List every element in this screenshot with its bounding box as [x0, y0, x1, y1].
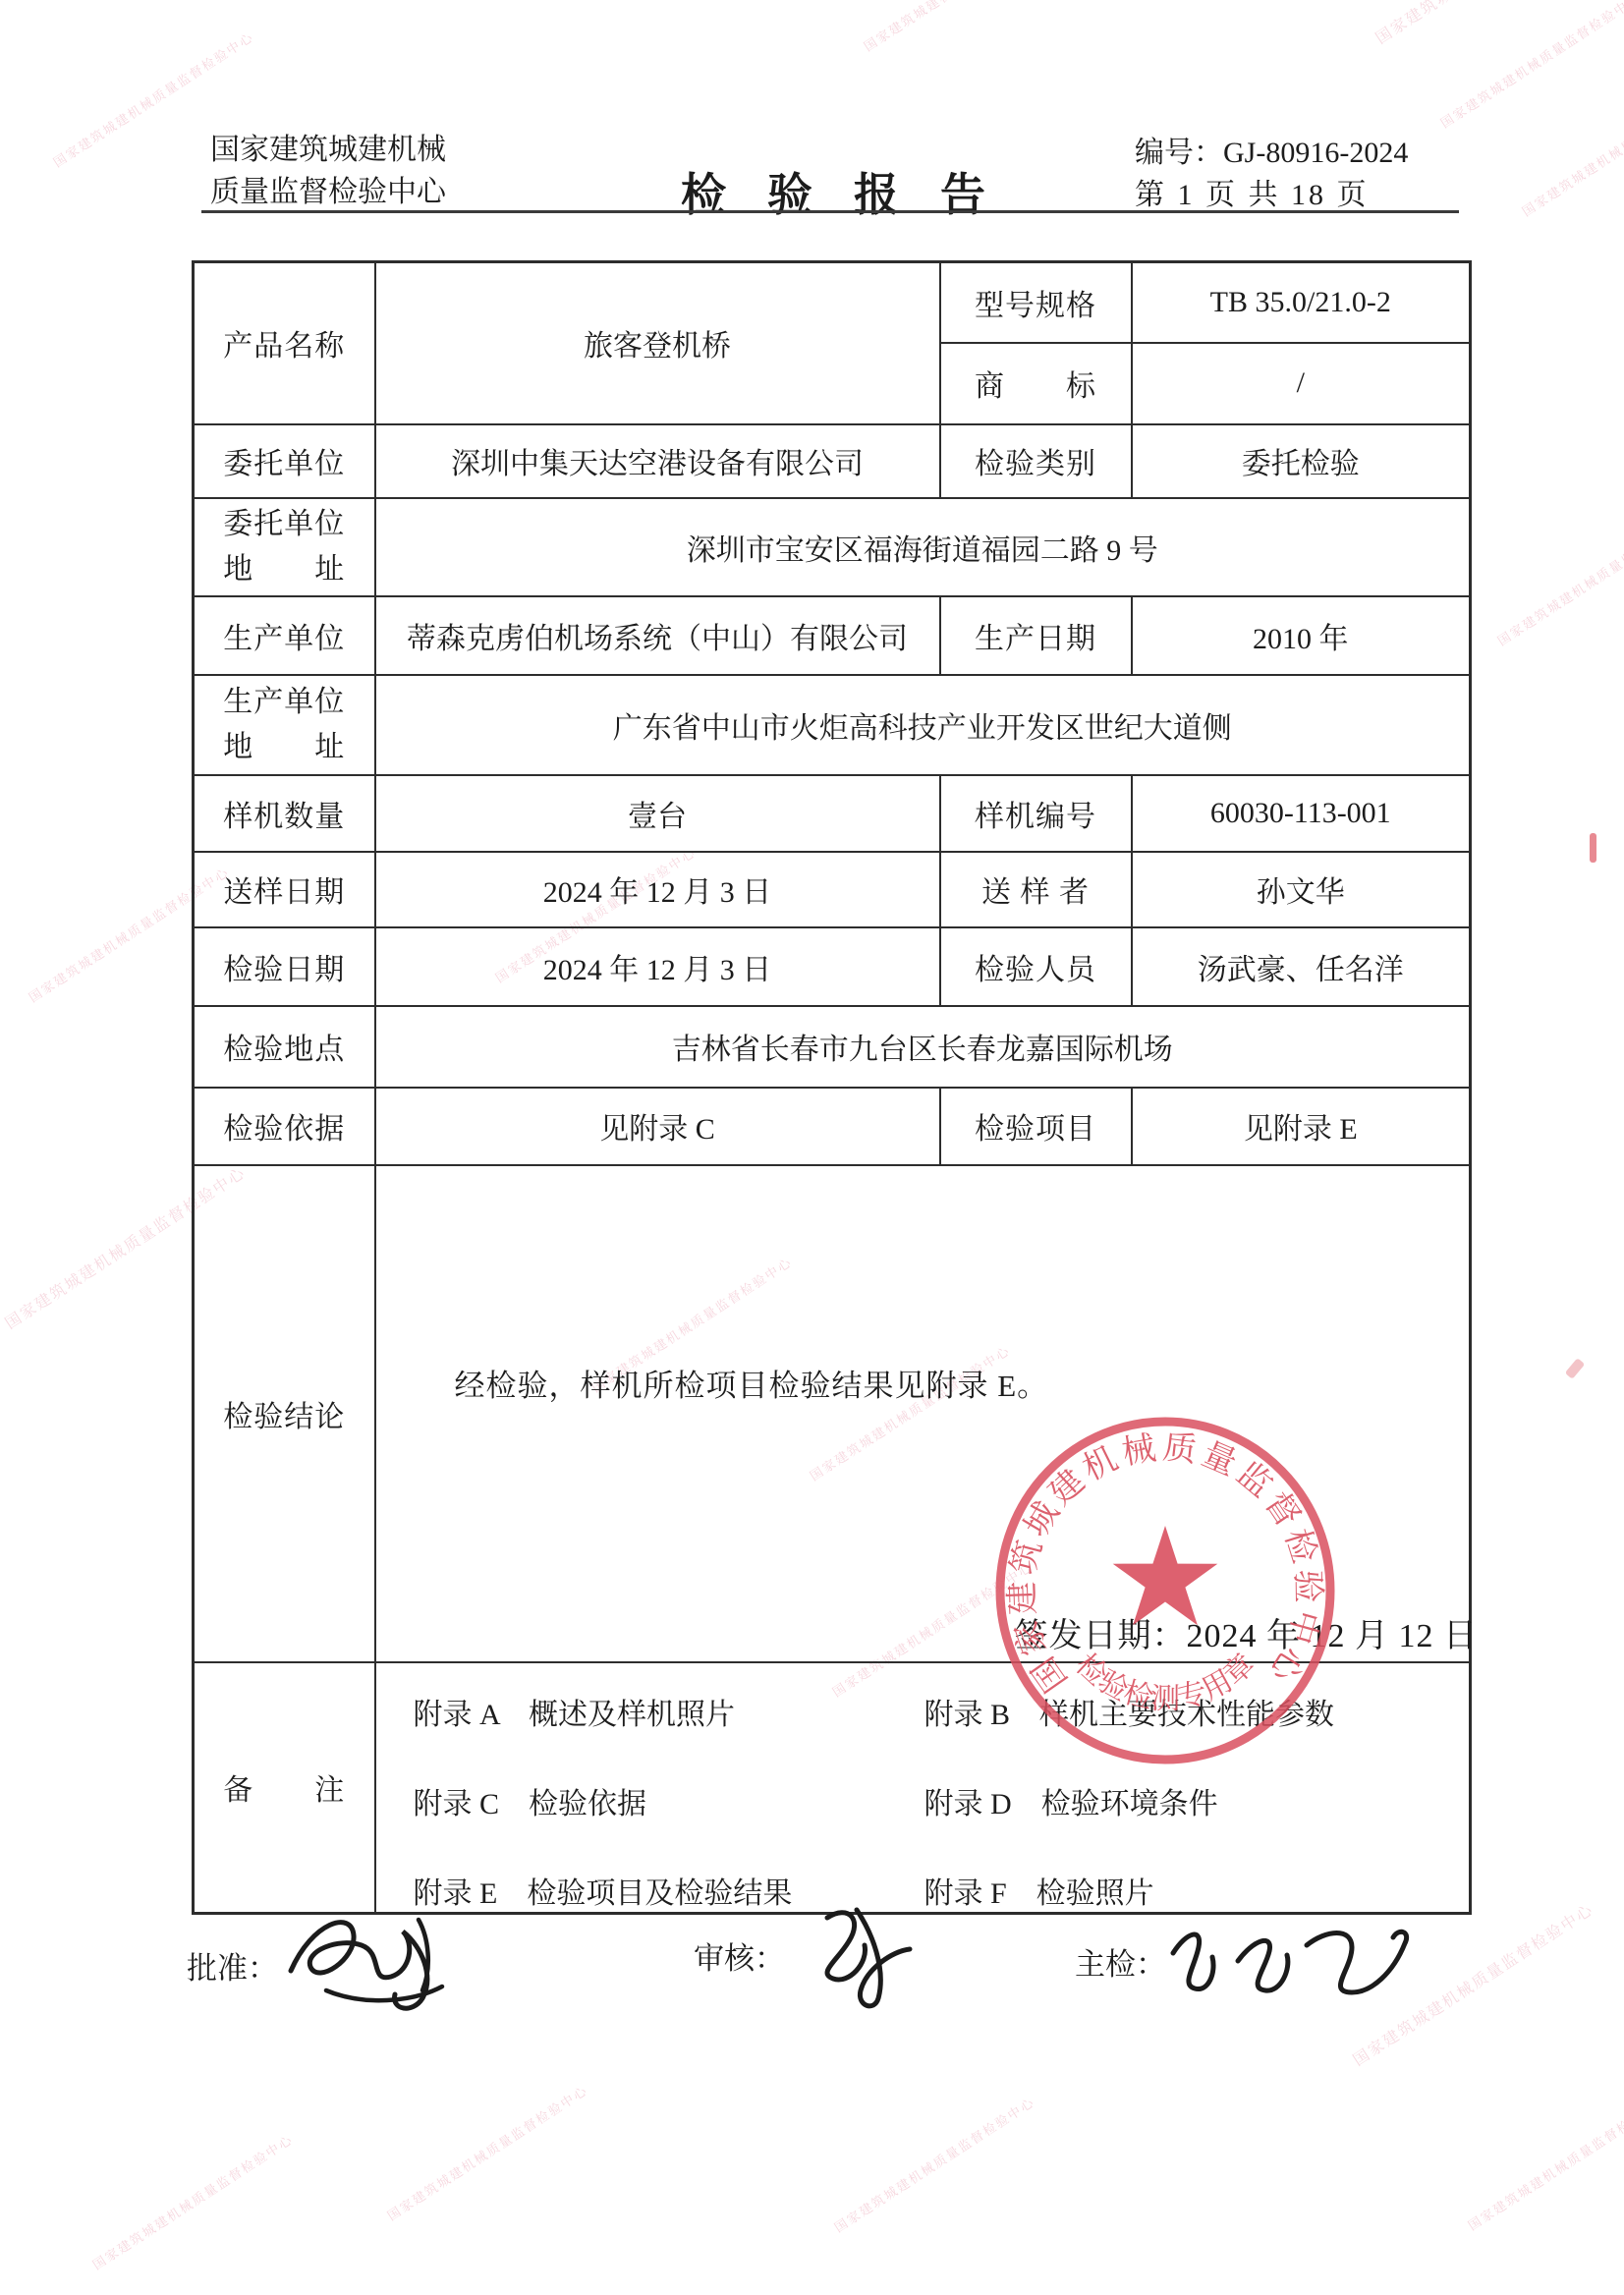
- field-value-sample-quantity: 壹台: [375, 775, 940, 852]
- field-value-inspection-items: 见附录 E: [1132, 1088, 1471, 1165]
- field-label-conclusion: 检验结论: [194, 1165, 375, 1662]
- field-value-inspection-date: 2024 年 12 月 3 日: [375, 927, 940, 1006]
- field-label-remarks: 备 注: [194, 1662, 375, 1914]
- field-value-manufacturer-address: 广东省中山市火炬高科技产业开发区世纪大道侧: [375, 675, 1471, 775]
- scan-artifact-mark: [1590, 833, 1596, 863]
- field-value-trademark: /: [1132, 343, 1471, 424]
- field-label-production-date: 生产日期: [940, 596, 1132, 675]
- appendix-item: 附录 D 检验环境条件: [924, 1779, 1470, 1822]
- watermark: 国家建筑城建机械质量监督检验中心: [88, 2129, 297, 2273]
- field-label-client-address-line2: 地 址: [195, 547, 374, 592]
- page-title: 检验报告: [681, 159, 1027, 224]
- watermark: 国家建筑城建机械质量监督检验中心: [1464, 2090, 1624, 2234]
- field-value-client-address: 深圳市宝安区福海街道福园二路 9 号: [375, 498, 1471, 596]
- org-name-line2: 质量监督检验中心: [210, 167, 446, 210]
- field-value-inspection-location: 吉林省长春市九台区长春龙嘉国际机场: [375, 1006, 1471, 1088]
- table-row: 检验结论 经检验，样机所检项目检验结果见附录 E。 签发日期：2024 年 12…: [194, 1165, 1471, 1662]
- appendix-item: 附录 B 样机主要技术性能参数: [924, 1690, 1470, 1733]
- appendix-item: 附录 C 检验依据: [414, 1779, 924, 1822]
- field-label-manufacturer-address-line1: 生产单位: [195, 680, 374, 725]
- field-value-inspection-basis: 见附录 C: [375, 1088, 940, 1165]
- field-value-inspectors: 汤武豪、任名洋: [1132, 927, 1471, 1006]
- field-label-sample-quantity: 样机数量: [194, 775, 375, 852]
- field-label-manufacturer-address-line2: 地 址: [195, 725, 374, 770]
- report-page: 国家建筑城建机械质量监督检验中心 国家建筑城建机械质量监督检验中心 国家建筑城建…: [0, 0, 1624, 2295]
- org-name-line1: 国家建筑城建机械: [210, 125, 446, 168]
- field-label-inspection-date: 检验日期: [194, 927, 375, 1006]
- table-row: 备 注 附录 A 概述及样机照片 附录 B 样机主要技术性能参数 附录 C 检验…: [194, 1662, 1471, 1914]
- report-number: 编号：GJ-80916-2024: [1135, 128, 1408, 171]
- header-divider: [201, 210, 1459, 213]
- watermark: 国家建筑城建机械质量监督检验中心: [1493, 505, 1624, 649]
- field-label-inspection-basis: 检验依据: [194, 1088, 375, 1165]
- watermark: 国家建筑城建机械质量监督检验中心: [860, 0, 1068, 55]
- remarks-cell: 附录 A 概述及样机照片 附录 B 样机主要技术性能参数 附录 C 检验依据 附…: [375, 1662, 1471, 1914]
- chief-inspector-label: 主检：: [1075, 1939, 1166, 1984]
- watermark: 国家建筑城建机械质量监督检验中心: [1518, 76, 1624, 220]
- report-table: 产品名称 旅客登机桥 型号规格 TB 35.0/21.0-2 商 标 / 委托单…: [192, 260, 1472, 1915]
- field-label-model: 型号规格: [940, 262, 1132, 343]
- table-row: 检验日期 2024 年 12 月 3 日 检验人员 汤武豪、任名洋: [194, 927, 1471, 1006]
- field-value-sample-sender: 孙文华: [1132, 852, 1471, 927]
- watermark: 国家建筑城建机械质量监督检验中心: [1371, 0, 1620, 48]
- field-label-manufacturer: 生产单位: [194, 596, 375, 675]
- field-label-inspection-location: 检验地点: [194, 1006, 375, 1088]
- field-label-inspection-category: 检验类别: [940, 424, 1132, 498]
- field-value-model: TB 35.0/21.0-2: [1132, 262, 1471, 343]
- appendix-item: 附录 A 概述及样机照片: [414, 1690, 924, 1733]
- field-label-sample-no: 样机编号: [940, 775, 1132, 852]
- review-label: 审核：: [694, 1933, 785, 1978]
- field-label-client-address-line1: 委托单位: [195, 502, 374, 547]
- field-label-client-address: 委托单位 地 址: [194, 498, 375, 596]
- conclusion-text: 经检验，样机所检项目检验结果见附录 E。: [455, 1361, 1049, 1405]
- field-value-inspection-category: 委托检验: [1132, 424, 1471, 498]
- field-value-delivery-date: 2024 年 12 月 3 日: [375, 852, 940, 927]
- table-row: 生产单位 地 址 广东省中山市火炬高科技产业开发区世纪大道侧: [194, 675, 1471, 775]
- field-label-trademark: 商 标: [940, 343, 1132, 424]
- field-value-sample-no: 60030-113-001: [1132, 775, 1471, 852]
- watermark: 国家建筑城建机械质量监督检验中心: [830, 2092, 1038, 2236]
- field-value-production-date: 2010 年: [1132, 596, 1471, 675]
- watermark: 国家建筑城建机械质量监督检验中心: [383, 2080, 591, 2224]
- approve-label: 批准：: [187, 1943, 278, 1987]
- field-label-inspectors: 检验人员: [940, 927, 1132, 1006]
- table-row: 检验依据 见附录 C 检验项目 见附录 E: [194, 1088, 1471, 1165]
- table-row: 产品名称 旅客登机桥 型号规格 TB 35.0/21.0-2: [194, 262, 1471, 343]
- field-value-client: 深圳中集天达空港设备有限公司: [375, 424, 940, 498]
- approver-signature: [273, 1894, 470, 2022]
- field-label-client: 委托单位: [194, 424, 375, 498]
- field-label-product-name: 产品名称: [194, 262, 375, 424]
- field-label-delivery-date: 送样日期: [194, 852, 375, 927]
- conclusion-cell: 经检验，样机所检项目检验结果见附录 E。 签发日期：2024 年 12 月 12…: [375, 1165, 1471, 1662]
- table-row: 委托单位 深圳中集天达空港设备有限公司 检验类别 委托检验: [194, 424, 1471, 498]
- table-row: 样机数量 壹台 样机编号 60030-113-001: [194, 775, 1471, 852]
- appendix-list: 附录 A 概述及样机照片 附录 B 样机主要技术性能参数 附录 C 检验依据 附…: [376, 1663, 1470, 1912]
- table-row: 送样日期 2024 年 12 月 3 日 送 样 者 孙文华: [194, 852, 1471, 927]
- issue-date: 签发日期：2024 年 12 月 12 日: [1015, 1608, 1479, 1656]
- reviewer-signature: [794, 1894, 941, 2022]
- chief-inspector-signature: [1157, 1904, 1423, 2012]
- table-row: 检验地点 吉林省长春市九台区长春龙嘉国际机场: [194, 1006, 1471, 1088]
- field-value-manufacturer: 蒂森克虏伯机场系统（中山）有限公司: [375, 596, 940, 675]
- watermark: 国家建筑城建机械质量监督检验中心: [1436, 0, 1624, 132]
- field-label-sample-sender: 送 样 者: [940, 852, 1132, 927]
- page-indicator: 第 1 页 共 18 页: [1135, 170, 1370, 213]
- field-label-manufacturer-address: 生产单位 地 址: [194, 675, 375, 775]
- scan-artifact-mark: [1565, 1358, 1586, 1379]
- table-row: 生产单位 蒂森克虏伯机场系统（中山）有限公司 生产日期 2010 年: [194, 596, 1471, 675]
- table-row: 委托单位 地 址 深圳市宝安区福海街道福园二路 9 号: [194, 498, 1471, 596]
- field-value-product-name: 旅客登机桥: [375, 262, 940, 424]
- field-label-inspection-items: 检验项目: [940, 1088, 1132, 1165]
